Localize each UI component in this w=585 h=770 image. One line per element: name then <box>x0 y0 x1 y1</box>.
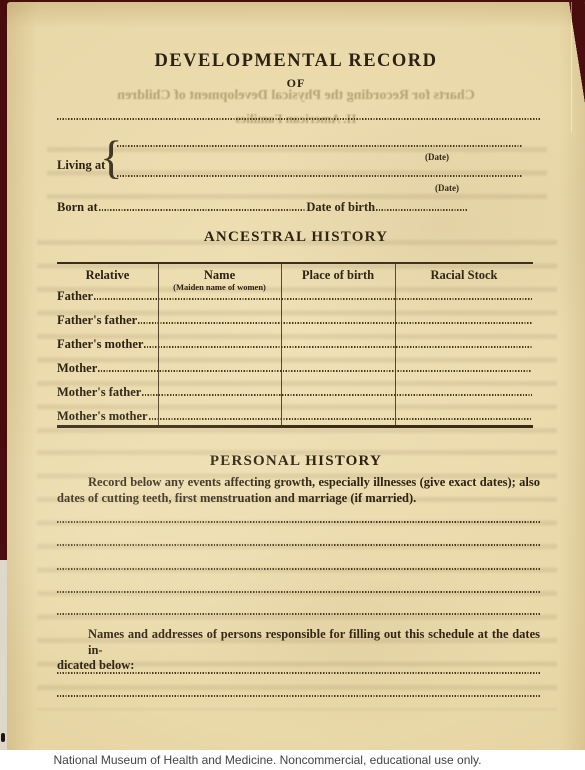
table-row: Father's father <box>57 313 533 328</box>
table-top-border <box>57 262 533 264</box>
row-label: Mother's mother <box>57 409 148 424</box>
write-in-line <box>57 544 540 546</box>
living-at-line-2 <box>117 175 523 177</box>
scan-attribution-caption: National Museum of Health and Medicine. … <box>0 750 585 767</box>
ancestral-history-heading: ANCESTRAL HISTORY <box>7 229 585 246</box>
born-at-row: Born at Date of birth <box>57 200 469 215</box>
row-fill-line <box>138 322 532 324</box>
living-at-brace: { <box>100 136 123 180</box>
form-page: Charts for Recording the Physical Develo… <box>7 2 585 750</box>
living-at-line-1 <box>117 145 523 147</box>
living-at-label: Living at <box>57 158 105 173</box>
instructions-line-2: dates of cutting teeth, first menstruati… <box>57 491 540 507</box>
table-row: Mother's mother <box>57 409 533 424</box>
instructions-line-1: Record below any events affecting growth… <box>57 475 540 491</box>
page-title: DEVELOPMENTAL RECORD <box>7 51 585 72</box>
table-row: Father's mother <box>57 337 533 352</box>
date-note-1: (Date) <box>397 152 477 162</box>
row-label: Mother <box>57 361 97 376</box>
table-column-divider <box>158 262 159 425</box>
row-fill-line <box>142 394 532 396</box>
date-of-birth-line <box>376 209 468 211</box>
row-fill-line <box>98 370 532 372</box>
write-in-line <box>57 591 540 593</box>
col-header-name: Name <box>158 268 281 283</box>
scan-artifact <box>1 733 5 742</box>
write-in-line <box>57 672 540 674</box>
col-header-relative: Relative <box>57 268 158 283</box>
write-in-line <box>57 568 540 570</box>
date-note-2: (Date) <box>407 183 487 193</box>
personal-history-instructions: Record below any events affecting growth… <box>57 475 540 506</box>
born-at-label: Born at <box>57 200 98 215</box>
names-note-line-1: Names and addresses of persons responsib… <box>57 627 540 658</box>
row-fill-line <box>94 298 532 300</box>
col-header-place-of-birth: Place of birth <box>281 268 395 283</box>
page-edge-highlight <box>571 2 572 132</box>
table-row: Father <box>57 289 533 304</box>
table-column-divider <box>395 262 396 425</box>
row-fill-line <box>144 346 532 348</box>
write-in-line <box>57 695 540 697</box>
row-label: Mother's father <box>57 385 141 400</box>
subject-name-line <box>57 118 540 120</box>
attribution-bar: National Museum of Health and Medicine. … <box>0 750 585 770</box>
table-row: Mother <box>57 361 533 376</box>
table-bottom-border <box>57 425 533 428</box>
row-label: Father <box>57 289 93 304</box>
table-row: Mother's father <box>57 385 533 400</box>
scanned-document: Charts for Recording the Physical Develo… <box>0 0 585 770</box>
born-at-line <box>99 209 306 211</box>
table-column-divider <box>281 262 282 425</box>
write-in-line <box>57 521 540 523</box>
row-label: Father's mother <box>57 337 143 352</box>
of-label: OF <box>7 76 585 91</box>
personal-history-heading: PERSONAL HISTORY <box>7 453 585 470</box>
names-addresses-note: Names and addresses of persons responsib… <box>57 627 540 674</box>
write-in-line <box>57 613 540 615</box>
page-edge-sliver <box>0 560 7 750</box>
col-header-racial-stock: Racial Stock <box>395 268 533 283</box>
date-of-birth-label: Date of birth <box>306 200 375 215</box>
row-label: Father's father <box>57 313 137 328</box>
row-fill-line <box>149 418 532 420</box>
